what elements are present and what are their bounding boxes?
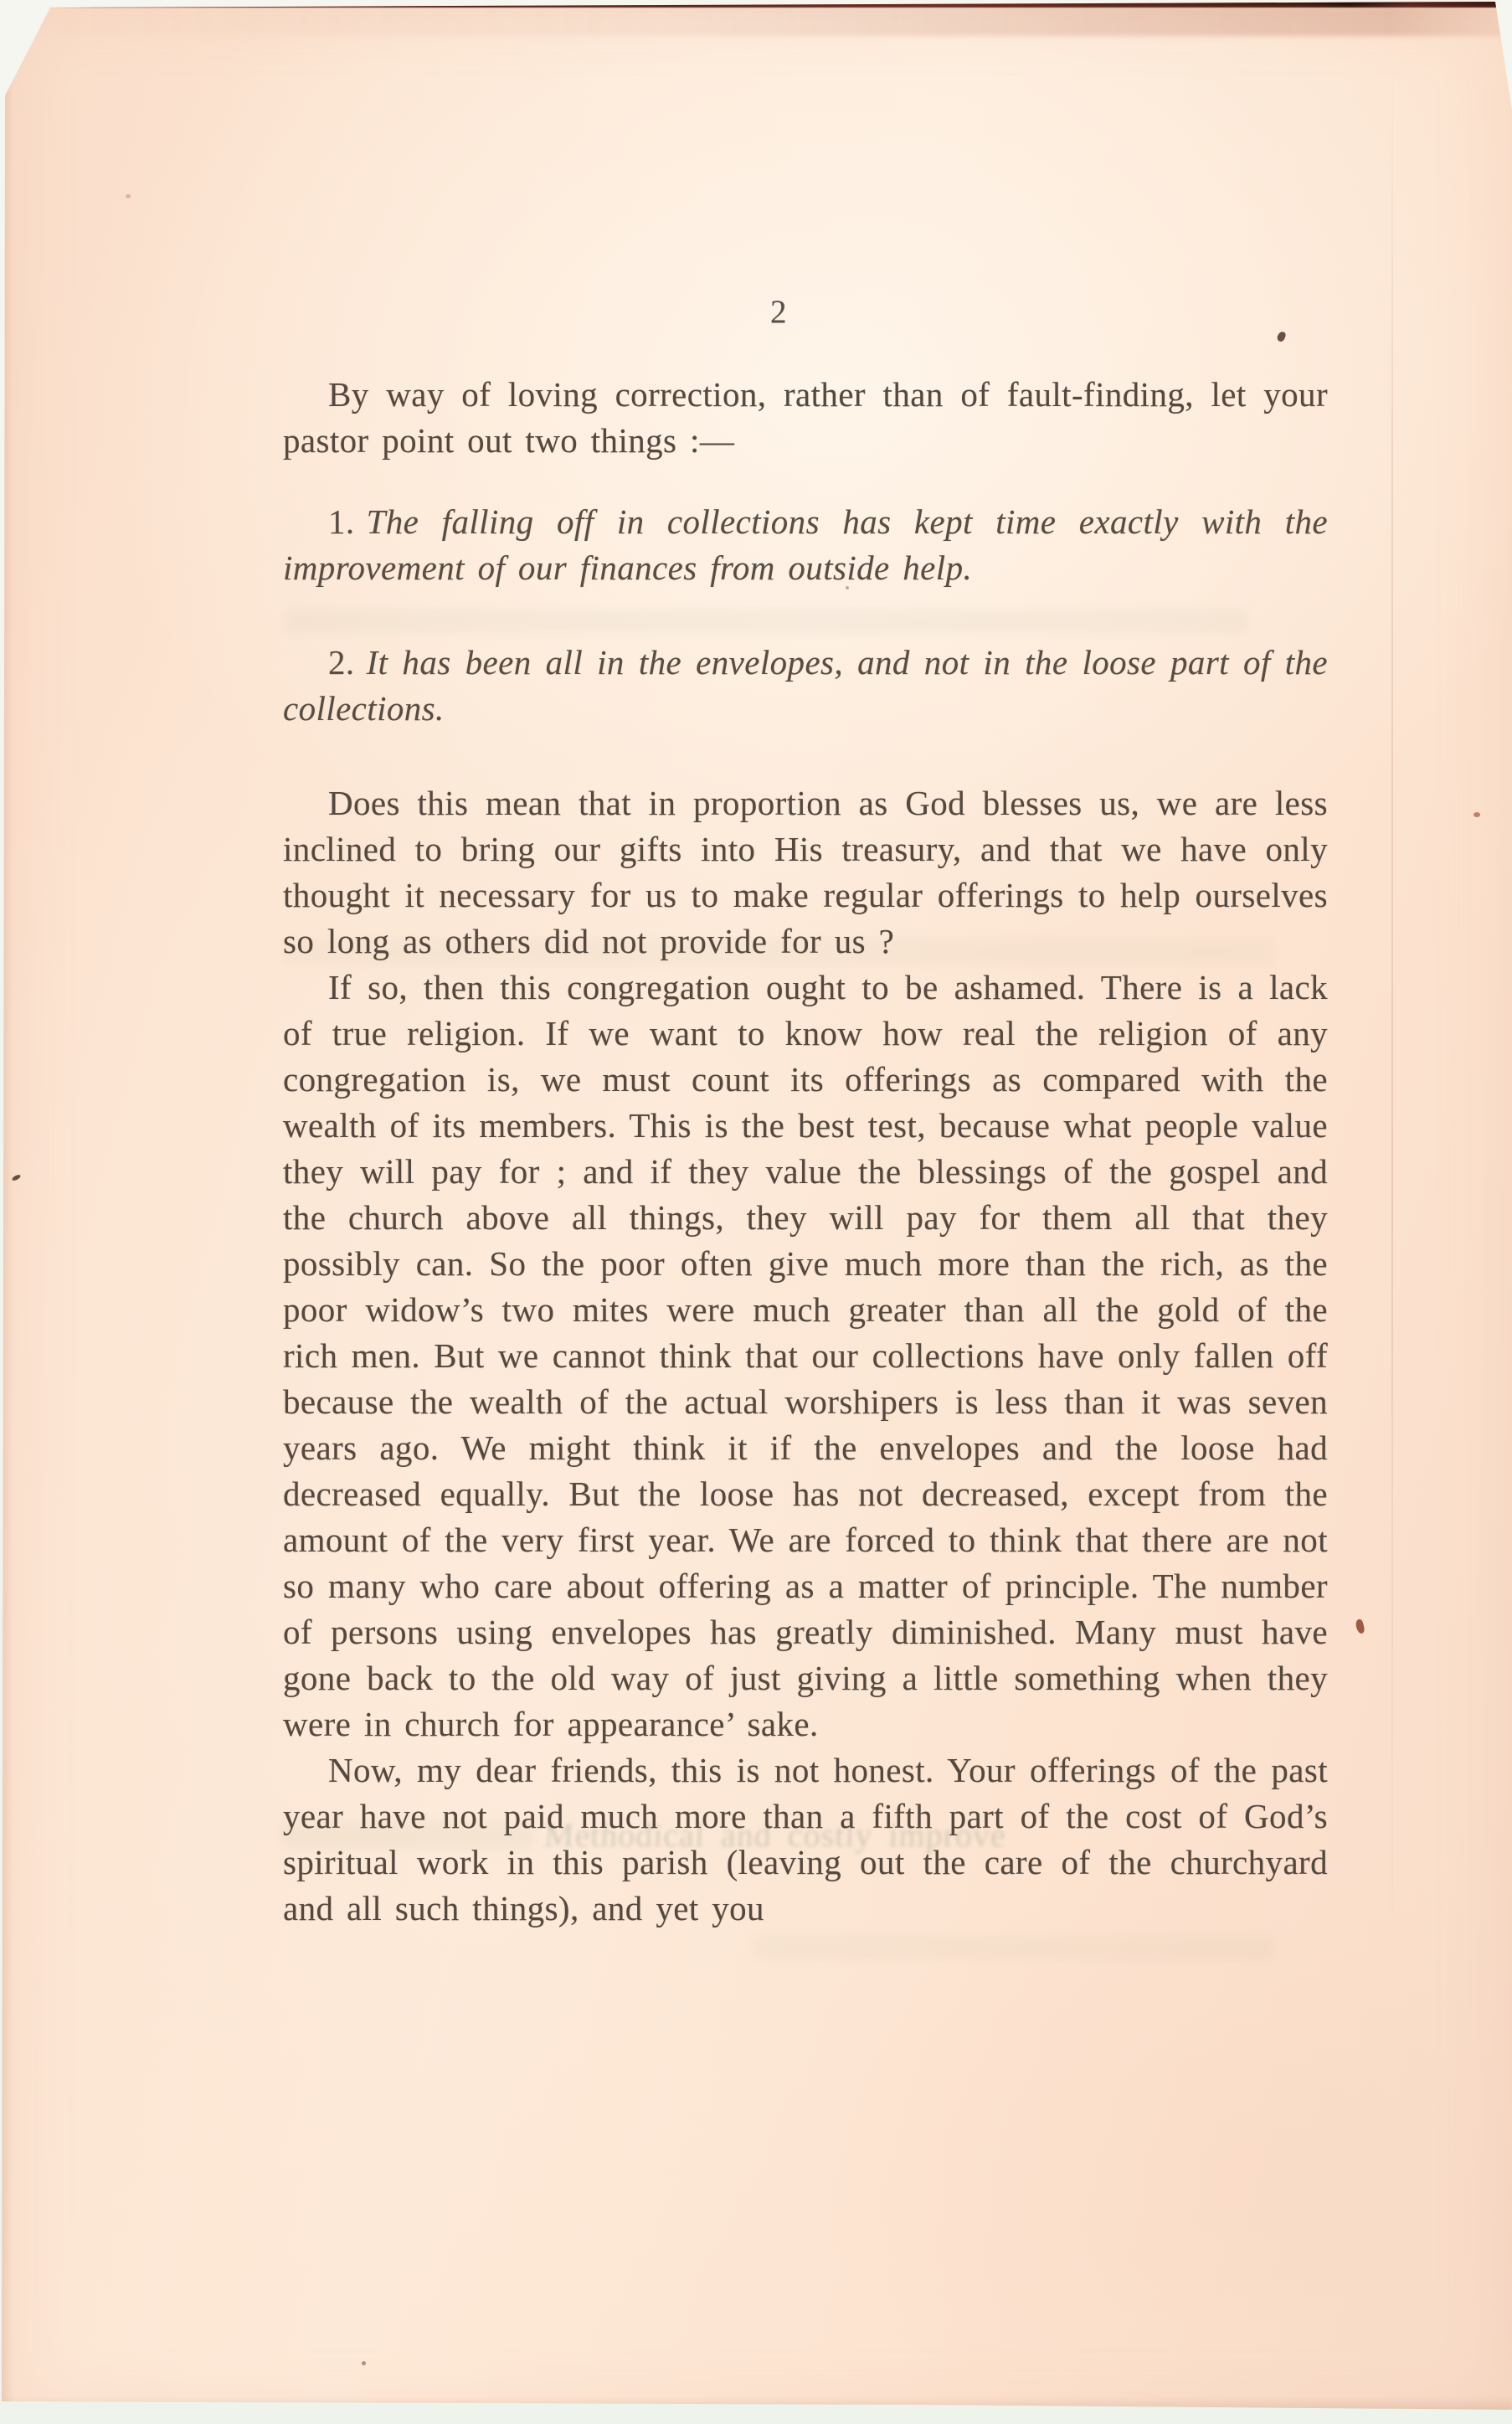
point-item-2: 2.It has been all in the envelopes, and …: [283, 640, 1328, 732]
left-edge-shadow: [0, 0, 13, 2424]
page-number: 2: [256, 291, 1301, 333]
bottom-edge-shadow: [0, 2397, 1512, 2412]
body-paragraph-3: Now, my dear friends, this is not honest…: [283, 1747, 1328, 1932]
text-column: 2 By way of loving correction, rather th…: [283, 291, 1328, 1932]
body-paragraph-1: Does this mean that in proportion as God…: [283, 780, 1328, 965]
scanned-page: Methodical and costly improve 2 By way o…: [0, 0, 1512, 2424]
ink-speck: [1473, 812, 1480, 817]
paper-fold-line: [1391, 50, 1393, 1976]
top-edge-shadow: [0, 6, 1512, 36]
ink-speck: [362, 2361, 366, 2365]
point-number: 2.: [328, 643, 367, 682]
point-text: The falling off in collections has kept …: [283, 502, 1328, 587]
point-text: It has been all in the envelopes, and no…: [283, 643, 1328, 728]
ink-speck: [1355, 1619, 1365, 1634]
show-through-smudge: [753, 1936, 1273, 1959]
ink-speck: [126, 194, 131, 198]
paper-sheet: Methodical and costly improve 2 By way o…: [0, 0, 1512, 2424]
point-item-1: 1.The falling off in collections has kep…: [283, 499, 1328, 591]
intro-paragraph: By way of loving correction, rather than…: [283, 372, 1328, 464]
point-number: 1.: [328, 502, 367, 541]
body-paragraph-2: If so, then this congregation ought to b…: [283, 965, 1328, 1747]
